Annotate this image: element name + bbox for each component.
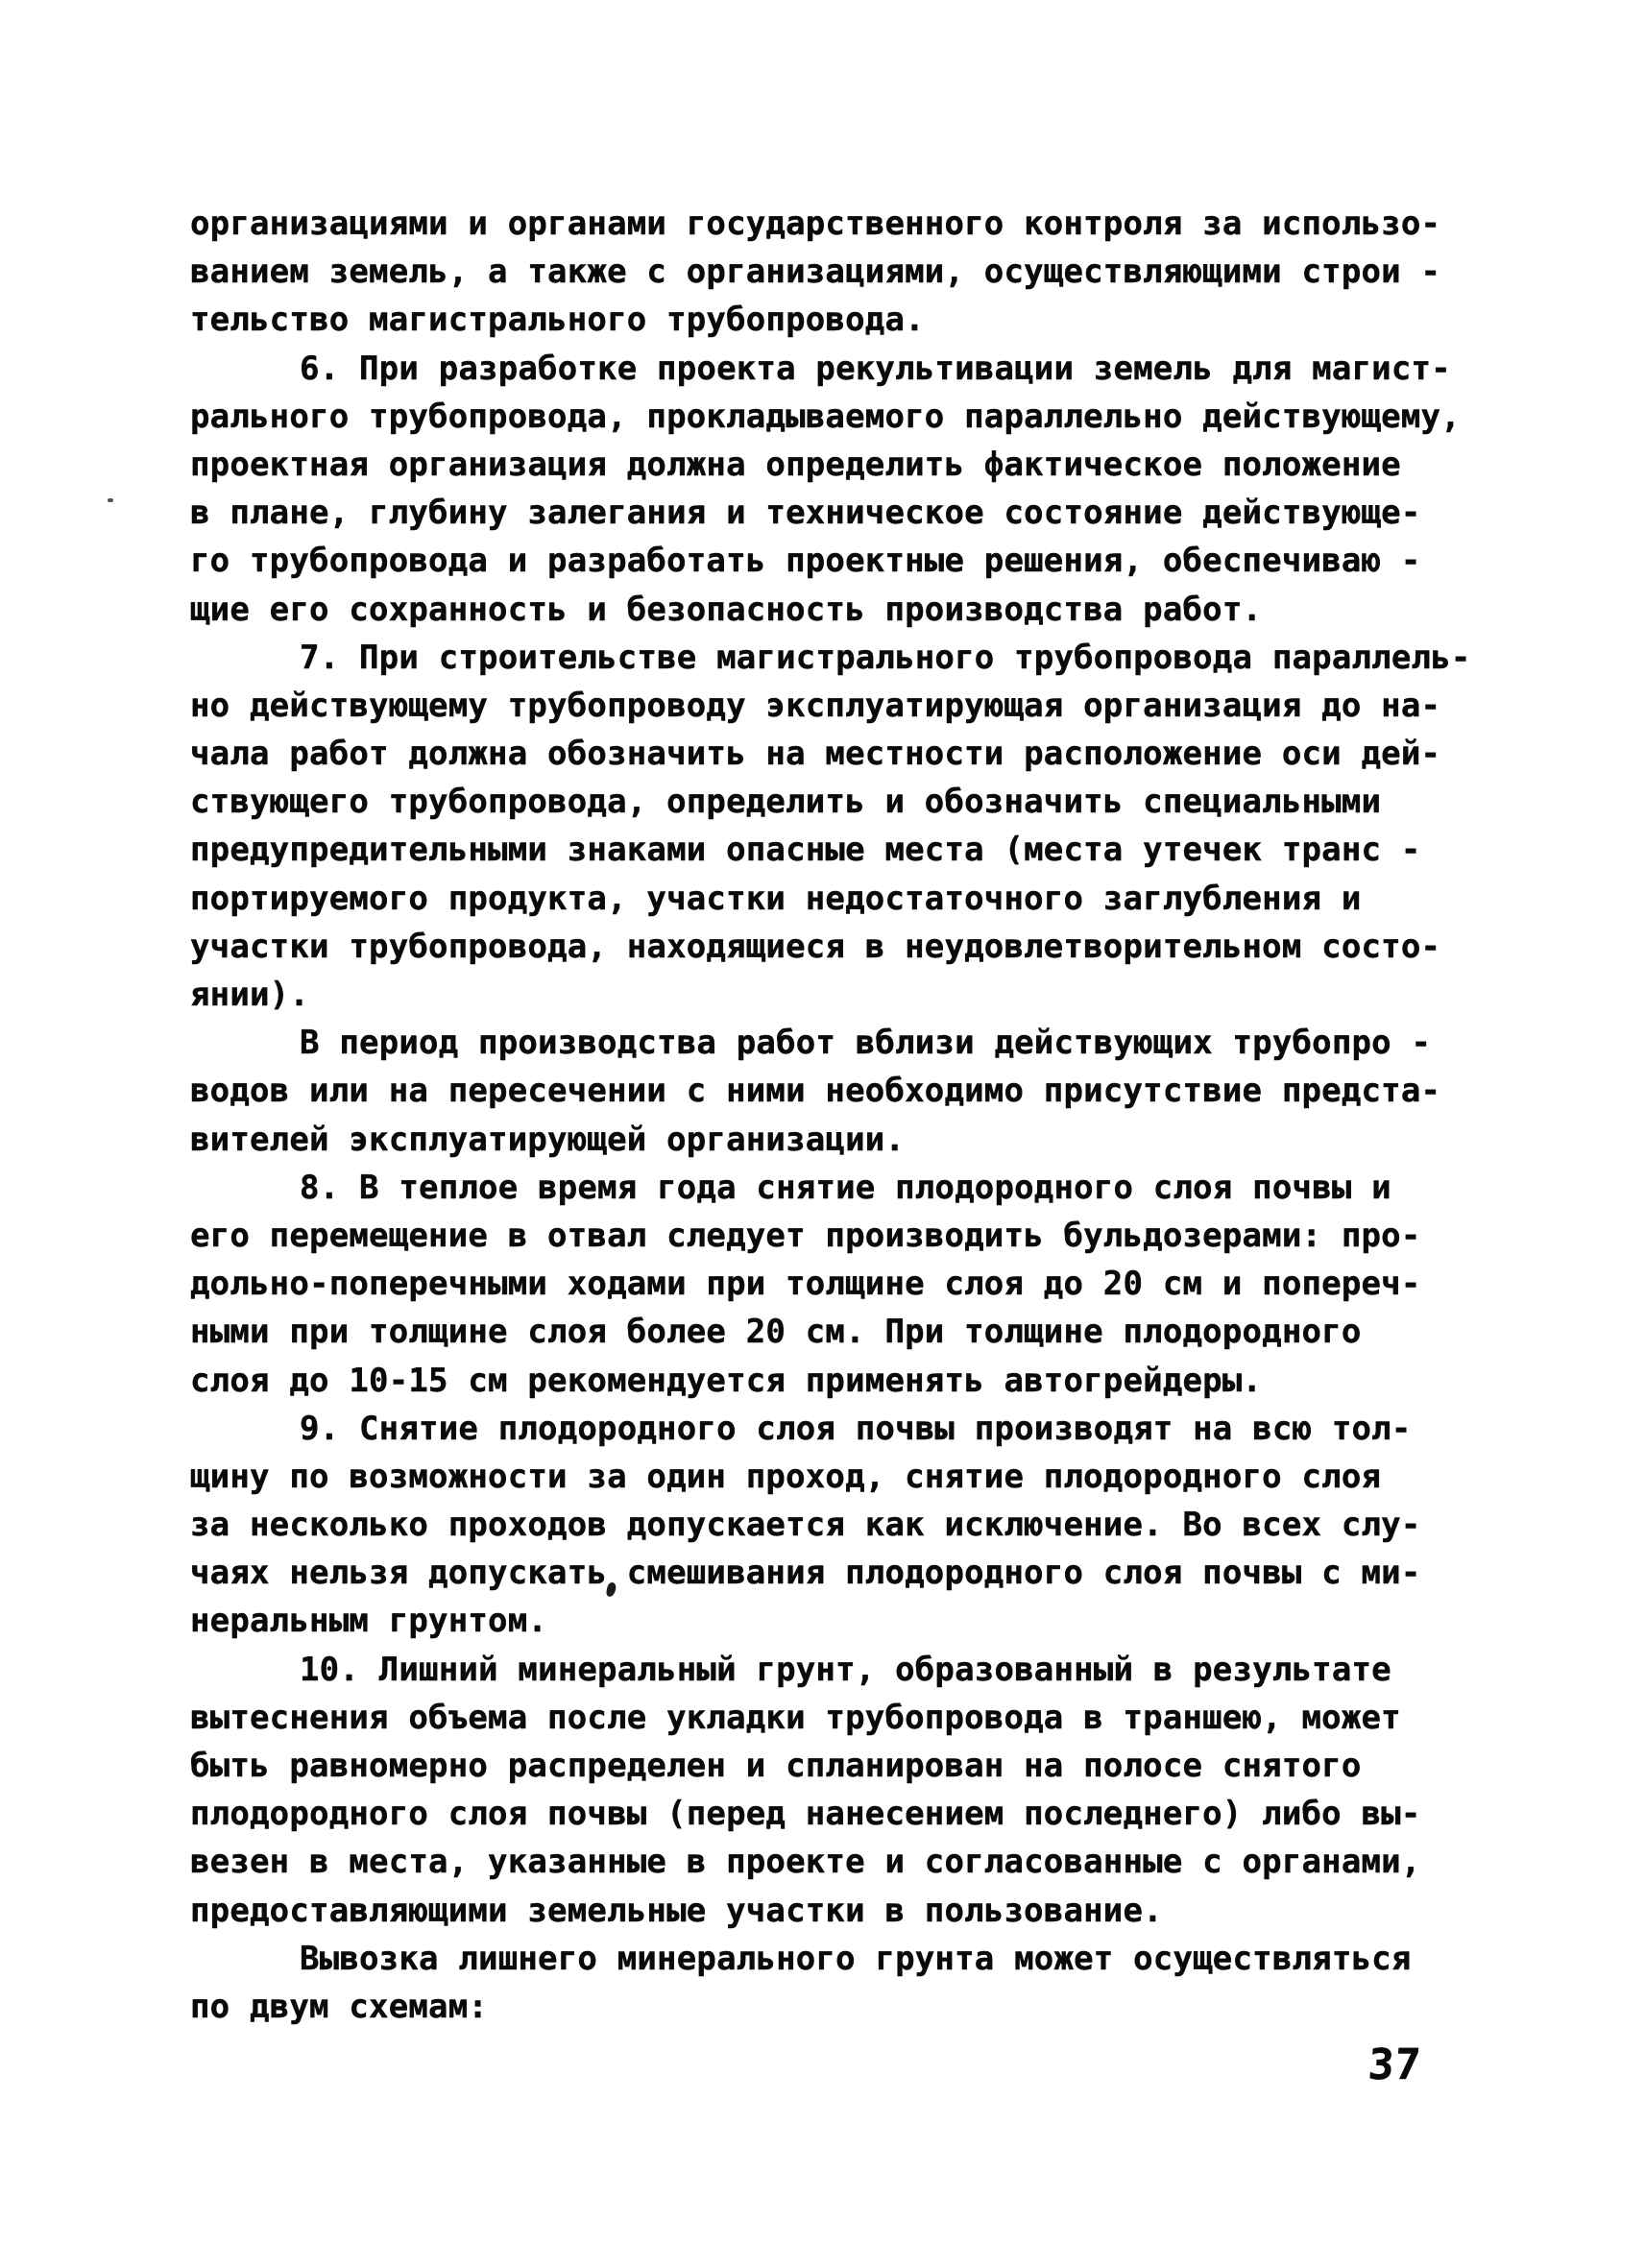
scan-artifact <box>108 498 113 502</box>
text-line: чаях нельзя допускать смешивания плодоро… <box>190 1549 1467 1597</box>
text-line: быть равномерно распределен и спланирова… <box>190 1742 1467 1790</box>
text-block: организациями и органами государственног… <box>190 200 1467 2031</box>
text-line: водов или на пересечении с ними необходи… <box>190 1067 1467 1115</box>
text-line: его перемещение в отвал следует производ… <box>190 1212 1467 1260</box>
text-line: но действующему трубопроводу эксплуатиру… <box>190 682 1467 730</box>
text-line: тельство магистрального трубопровода. <box>190 296 1467 344</box>
text-line: ствующего трубопровода, определить и обо… <box>190 778 1467 826</box>
text-line: 6. При разработке проекта рекультивации … <box>190 345 1467 393</box>
text-line: 10. Лишний минеральный грунт, образованн… <box>190 1646 1467 1694</box>
text-line: неральным грунтом. <box>190 1597 1467 1645</box>
text-line: дольно-поперечными ходами при толщине сл… <box>190 1260 1467 1308</box>
text-line: по двум схемам: <box>190 1983 1467 2031</box>
text-line: предупредительными знаками опасные места… <box>190 826 1467 874</box>
text-line: в плане, глубину залегания и техническое… <box>190 489 1467 537</box>
text-line: вителей эксплуатирующей организации. <box>190 1116 1467 1164</box>
text-line: ными при толщине слоя более 20 см. При т… <box>190 1308 1467 1356</box>
text-line: го трубопровода и разработать проектные … <box>190 537 1467 585</box>
document-page: организациями и органами государственног… <box>0 0 1645 2268</box>
text-line: слоя до 10-15 см рекомендуется применять… <box>190 1357 1467 1405</box>
text-line: 8. В теплое время года снятие плодородно… <box>190 1164 1467 1212</box>
text-line: щие его сохранность и безопасность произ… <box>190 586 1467 634</box>
text-line: рального трубопровода, прокладываемого п… <box>190 393 1467 441</box>
text-line: плодородного слоя почвы (перед нанесение… <box>190 1790 1467 1838</box>
text-line: ванием земель, а также с организациями, … <box>190 248 1467 296</box>
text-line: вытеснения объема после укладки трубопро… <box>190 1694 1467 1742</box>
text-line: везен в места, указанные в проекте и сог… <box>190 1838 1467 1886</box>
text-line: участки трубопровода, находящиеся в неуд… <box>190 923 1467 971</box>
text-line: портируемого продукта, участки недостато… <box>190 875 1467 923</box>
text-line: чала работ должна обозначить на местност… <box>190 730 1467 778</box>
text-line: щину по возможности за один проход, снят… <box>190 1453 1467 1501</box>
text-line: 9. Снятие плодородного слоя почвы произв… <box>190 1405 1467 1453</box>
page-number: 37 <box>1367 2040 1423 2089</box>
text-line: за несколько проходов допускается как ис… <box>190 1501 1467 1549</box>
text-line: проектная организация должна определить … <box>190 441 1467 489</box>
text-line: организациями и органами государственног… <box>190 200 1467 248</box>
text-line: В период производства работ вблизи дейст… <box>190 1019 1467 1067</box>
text-line: 7. При строительстве магистрального труб… <box>190 634 1467 682</box>
text-line: предоставляющими земельные участки в пол… <box>190 1887 1467 1935</box>
text-line: янии). <box>190 971 1467 1019</box>
text-line: Вывозка лишнего минерального грунта може… <box>190 1935 1467 1983</box>
